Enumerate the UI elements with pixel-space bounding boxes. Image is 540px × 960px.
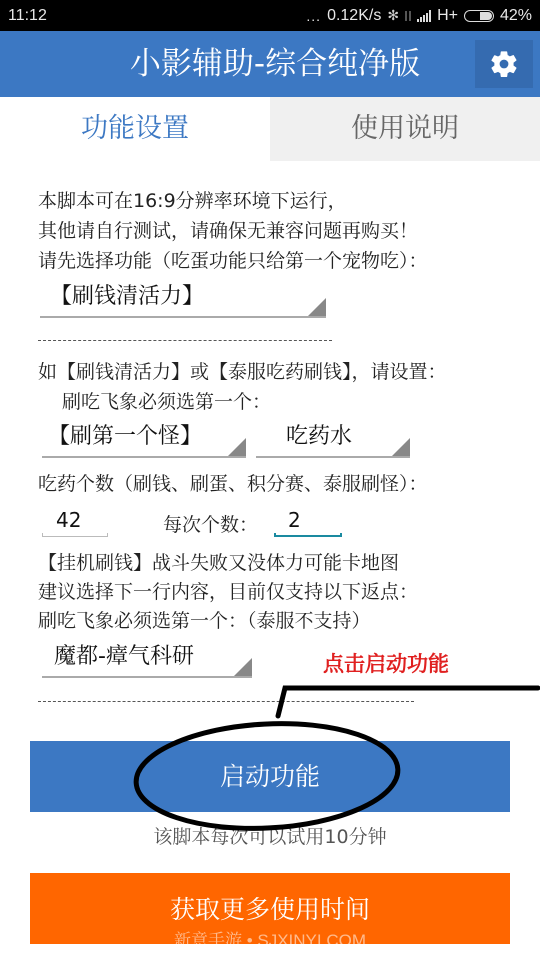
dropdown-arrow-icon [234,658,252,676]
intro-line-1: 本脚本可在16:9分辨率环境下运行， [38,186,347,213]
gear-icon [488,48,520,80]
monster-select-value: 【刷第一个怪】 [48,419,202,450]
setup-line-2: 刷吃飞象必须选第一个： [62,387,271,414]
annotation-label: 点击启动功能 [323,648,449,678]
monster-select[interactable]: 【刷第一个怪】 [42,420,246,458]
potion-count-value: 42 [56,508,81,532]
status-time: 11:12 [8,7,47,25]
divider [38,340,332,341]
potion-select-value: 吃药水 [286,419,352,450]
potion-select[interactable]: 吃药水 [256,420,410,458]
potion-count-label: 吃药个数（刷钱、刷蛋、积分赛、泰服刷怪）： [38,469,428,496]
status-bar: 11:12 ... 0.12K/s ✻ H+ 42% [0,0,540,31]
signal-icon [417,10,431,22]
idle-line-2: 建议选择下一行内容，目前仅支持以下返点： [38,577,418,604]
start-function-button[interactable]: 启动功能 [30,741,510,812]
function-select[interactable]: 【刷钱清活力】 [40,280,326,318]
intro-line-2: 其他请自行测试，请确保无兼容问题再购买！ [38,216,418,243]
status-icons: ... 0.12K/s ✻ H+ 42% [306,7,532,25]
select-function-label: 请先选择功能（吃蛋功能只给第一个宠物吃）： [38,246,428,273]
battery-icon [464,10,494,22]
idle-line-3: 刷吃飞象必须选第一个：（泰服不支持） [38,606,371,633]
dropdown-arrow-icon [392,438,410,456]
data-activity-icon [405,10,411,22]
tab-instructions[interactable]: 使用说明 [270,97,540,161]
per-time-input[interactable]: 2 [274,507,342,537]
per-time-label: 每次个数： [163,510,258,537]
function-select-value: 【刷钱清活力】 [50,279,204,310]
bluetooth-icon: ✻ [387,7,399,24]
app-bar: 小影辅助-综合纯净版 [0,31,540,97]
divider [38,701,414,702]
map-select-value: 魔都-瘴气科研 [54,639,194,670]
setup-line-1: 如【刷钱清活力】或【泰服吃药刷钱】，请设置： [38,357,447,384]
potion-count-input[interactable]: 42 [42,507,108,537]
settings-button[interactable] [475,40,533,88]
dropdown-arrow-icon [228,438,246,456]
per-time-value: 2 [288,508,301,532]
watermark: 新意手游 • SJXINYI.COM [0,926,540,951]
net-speed: 0.12K/s [327,7,381,25]
network-type: H+ [437,7,458,25]
battery-percent: 42% [500,7,532,25]
dropdown-arrow-icon [308,298,326,316]
idle-line-1: 【挂机刷钱】战斗失败又没体力可能卡地图 [38,548,399,575]
trial-note: 该脚本每次可以试用10分钟 [0,822,540,849]
app-title: 小影辅助-综合纯净版 [0,31,540,97]
tab-function-settings[interactable]: 功能设置 [0,97,270,161]
map-select[interactable]: 魔都-瘴气科研 [42,640,252,678]
tab-bar: 功能设置 使用说明 [0,97,540,161]
more-notifications-icon: ... [306,8,321,24]
